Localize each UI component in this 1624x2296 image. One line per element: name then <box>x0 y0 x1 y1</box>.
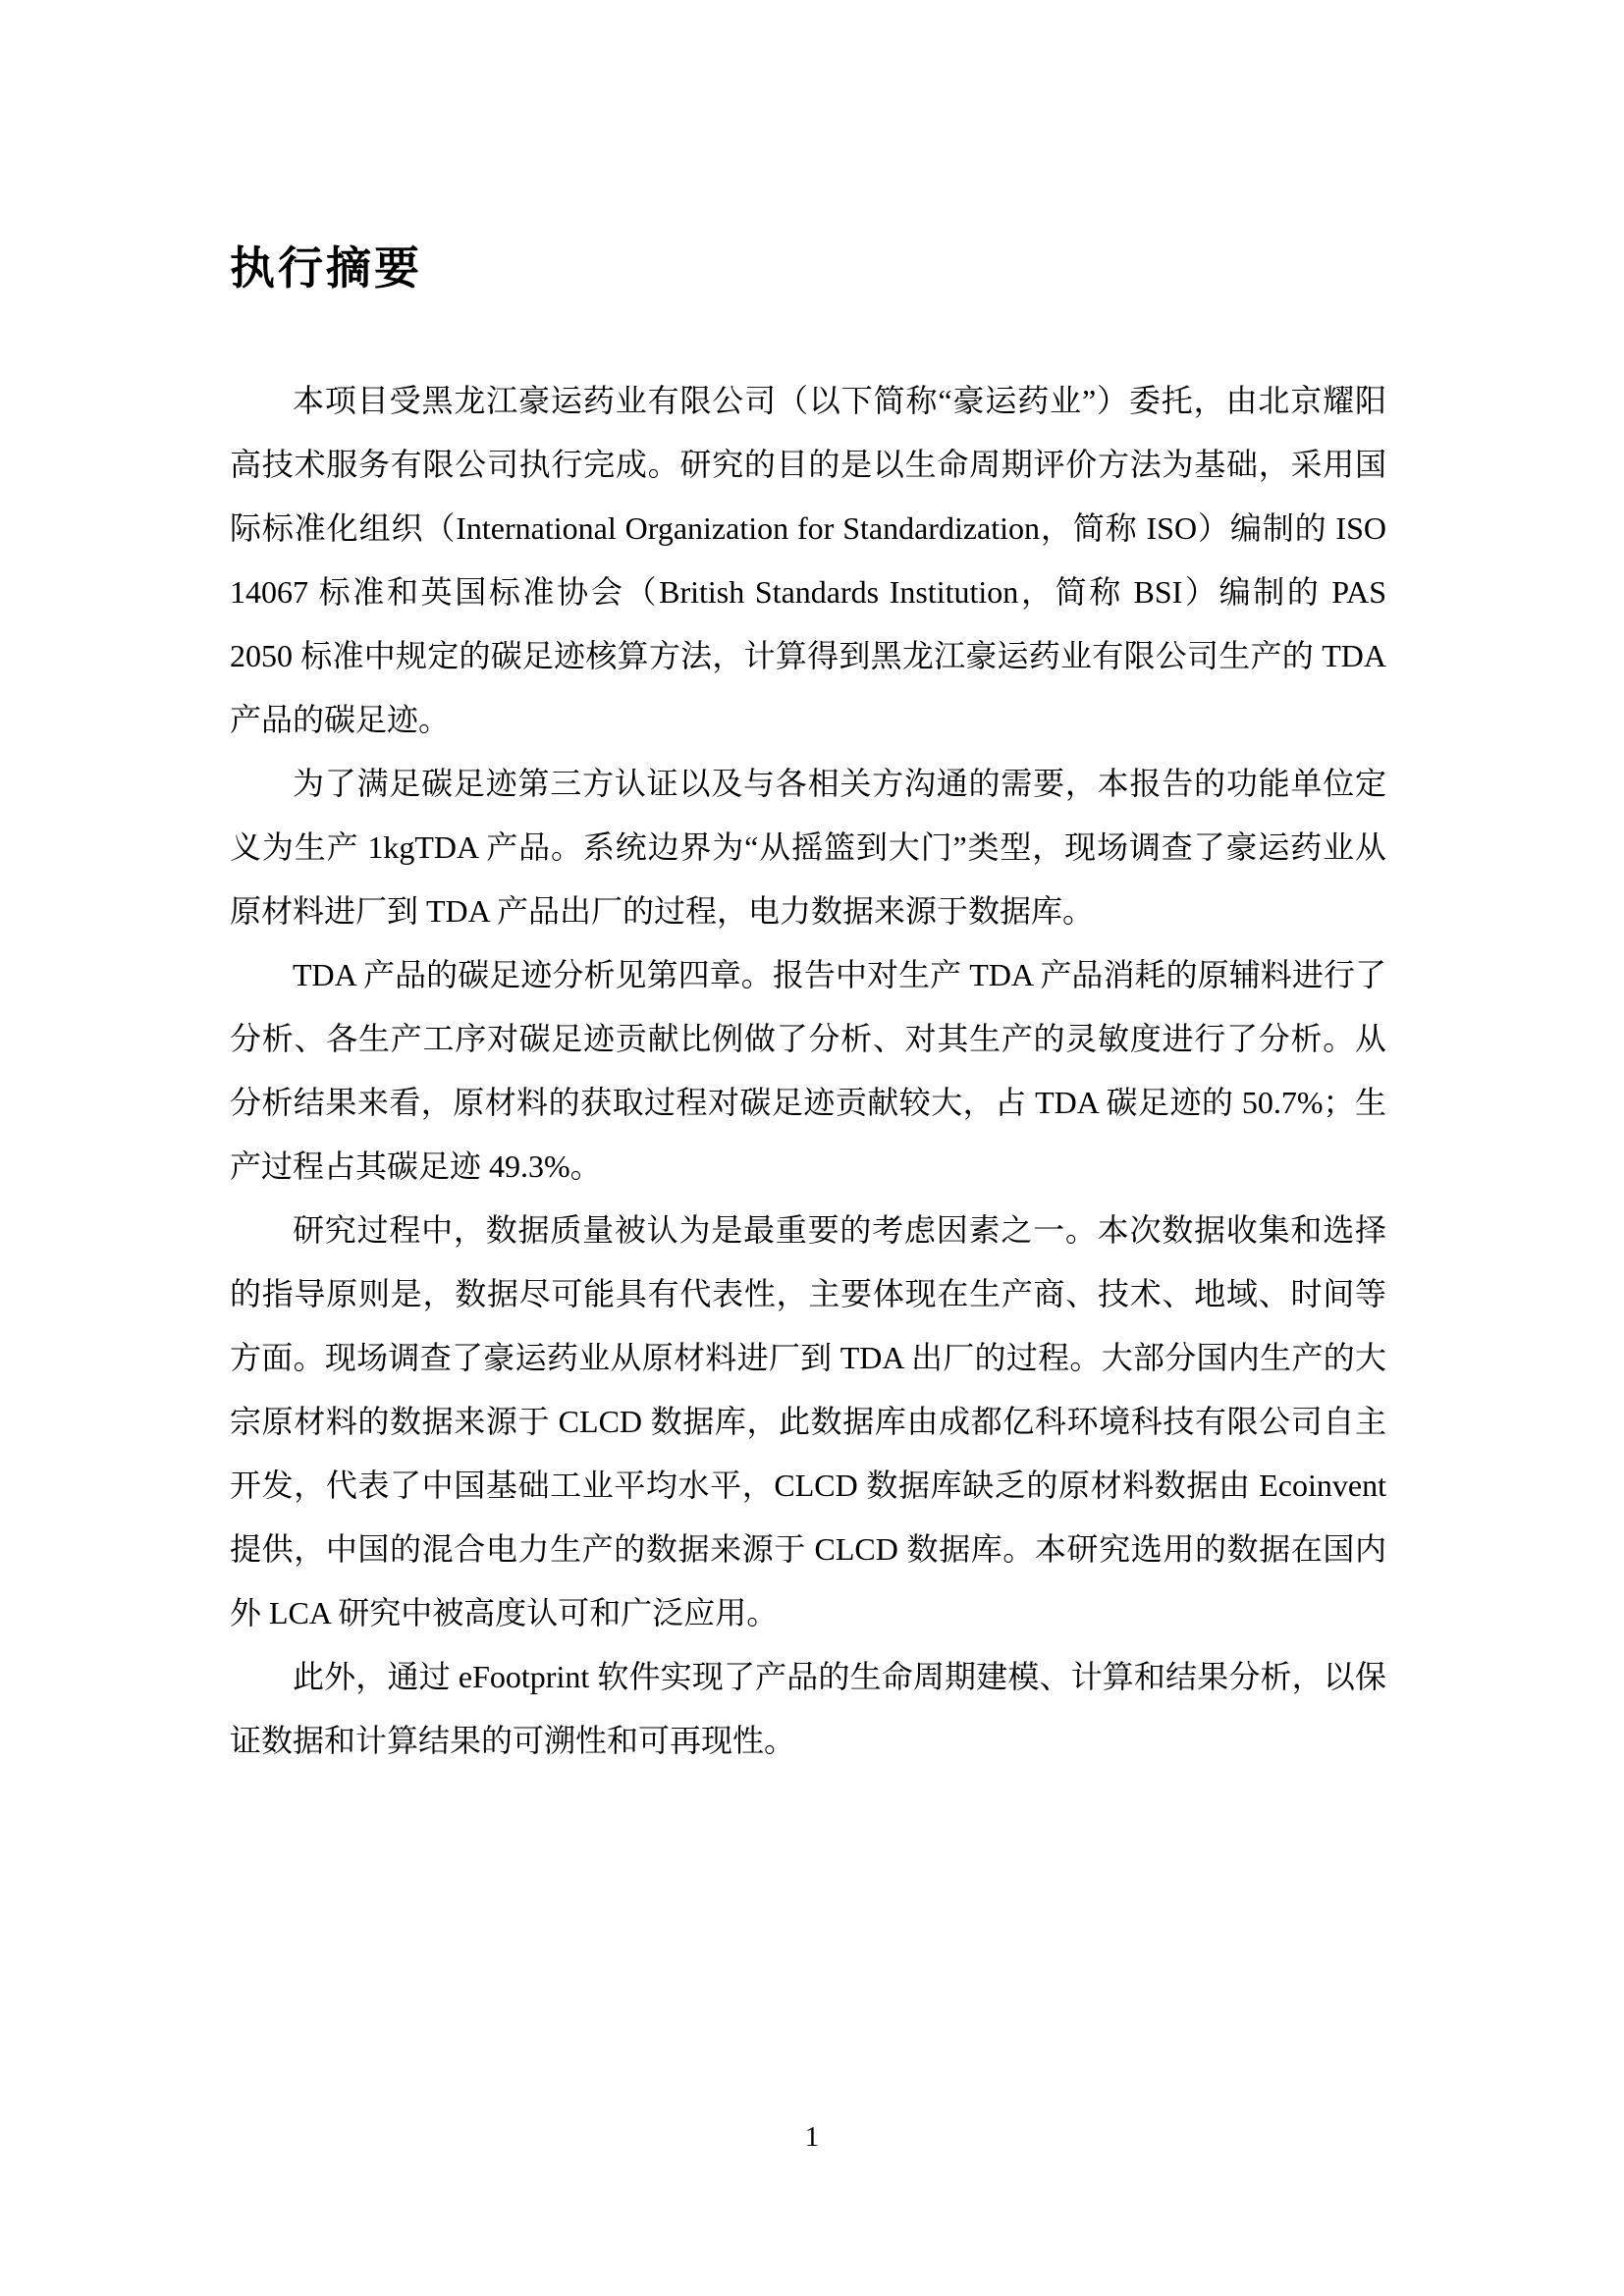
document-body: 本项目受黑龙江豪运药业有限公司（以下简称“豪运药业”）委托，由北京耀阳高技术服务… <box>230 369 1386 1773</box>
paragraph-1: 本项目受黑龙江豪运药业有限公司（以下简称“豪运药业”）委托，由北京耀阳高技术服务… <box>230 369 1386 752</box>
document-page: 执行摘要 本项目受黑龙江豪运药业有限公司（以下简称“豪运药业”）委托，由北京耀阳… <box>0 0 1624 2296</box>
paragraph-4: 研究过程中，数据质量被认为是最重要的考虑因素之一。本次数据收集和选择的指导原则是… <box>230 1199 1386 1645</box>
paragraph-2: 为了满足碳足迹第三方认证以及与各相关方沟通的需要，本报告的功能单位定义为生产 1… <box>230 752 1386 943</box>
page-title: 执行摘要 <box>230 245 1386 291</box>
document-content: 执行摘要 本项目受黑龙江豪运药业有限公司（以下简称“豪运药业”）委托，由北京耀阳… <box>230 245 1386 1773</box>
page-number: 1 <box>0 2120 1624 2155</box>
paragraph-5: 此外，通过 eFootprint 软件实现了产品的生命周期建模、计算和结果分析，… <box>230 1645 1386 1773</box>
paragraph-3: TDA 产品的碳足迹分析见第四章。报告中对生产 TDA 产品消耗的原辅料进行了分… <box>230 943 1386 1199</box>
